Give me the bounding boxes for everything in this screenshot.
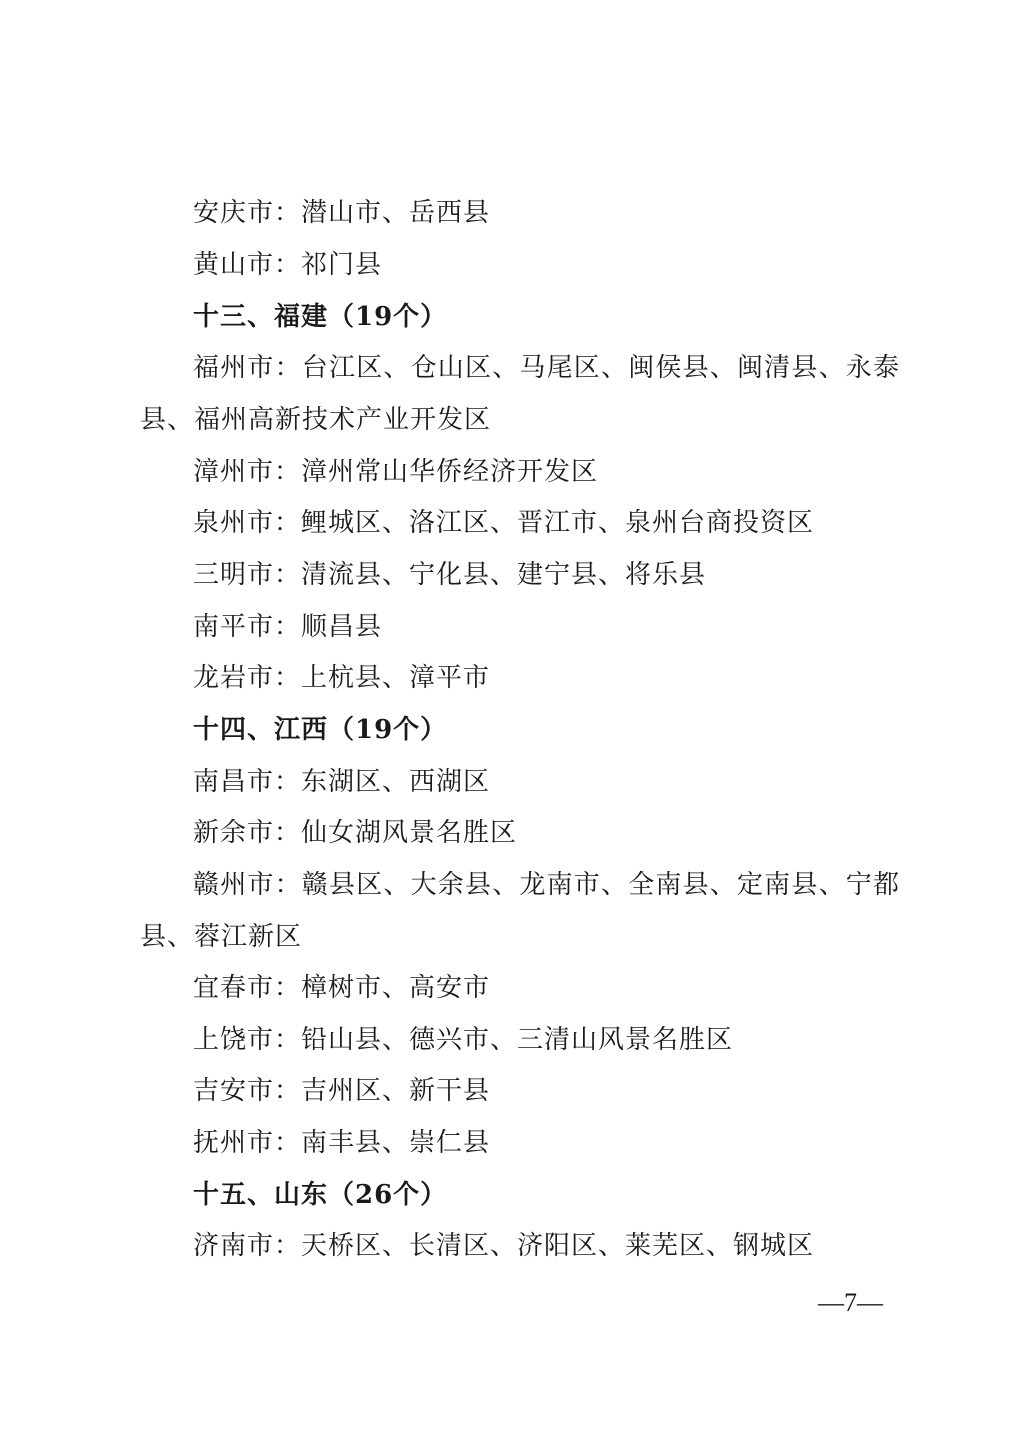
section-heading-fujian: 十三、福建（19个） <box>140 300 900 334</box>
line-anqing: 安庆市：潜山市、岳西县 <box>140 196 900 230</box>
section-heading-jiangxi: 十四、江西（19个） <box>140 713 900 747</box>
line-quanzhou: 泉州市：鲤城区、洛江区、晋江市、泉州台商投资区 <box>140 506 900 540</box>
line-ganzhou: 赣州市：赣县区、大余县、龙南市、全南县、定南县、宁都 <box>140 868 900 902</box>
line-nanping: 南平市：顺昌县 <box>140 610 900 644</box>
section-heading-shandong: 十五、山东（26个） <box>140 1178 900 1212</box>
line-jian: 吉安市：吉州区、新干县 <box>140 1074 900 1108</box>
line-zhangzhou: 漳州市：漳州常山华侨经济开发区 <box>140 455 900 489</box>
line-yichun: 宜春市：樟树市、高安市 <box>140 971 900 1005</box>
line-sanming: 三明市：清流县、宁化县、建宁县、将乐县 <box>140 558 900 592</box>
line-shangrao: 上饶市：铅山县、德兴市、三清山风景名胜区 <box>140 1023 900 1057</box>
line-fuzhou: 福州市：台江区、仓山区、马尾区、闽侯县、闽清县、永泰 <box>140 351 900 385</box>
line-nanchang: 南昌市：东湖区、西湖区 <box>140 765 900 799</box>
document-page: 安庆市：潜山市、岳西县 黄山市：祁门县 十三、福建（19个） 福州市：台江区、仓… <box>0 0 1024 1449</box>
line-ganzhou-continued: 县、蓉江新区 <box>140 920 900 954</box>
line-xinyu: 新余市：仙女湖风景名胜区 <box>140 816 900 850</box>
line-longyan: 龙岩市：上杭县、漳平市 <box>140 661 900 695</box>
page-number: —7— <box>818 1286 883 1320</box>
line-jinan: 济南市：天桥区、长清区、济阳区、莱芜区、钢城区 <box>140 1229 900 1263</box>
line-huangshan: 黄山市：祁门县 <box>140 248 900 282</box>
line-fuzhou-jiangxi: 抚州市：南丰县、崇仁县 <box>140 1126 900 1160</box>
line-fuzhou-continued: 县、福州高新技术产业开发区 <box>140 403 900 437</box>
